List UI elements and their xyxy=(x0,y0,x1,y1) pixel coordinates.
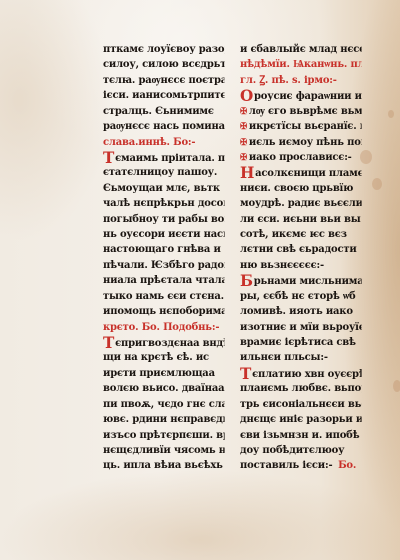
line-text: єтатєлницоу пашоу. xyxy=(103,166,217,178)
manuscript-line: силоу, силою всєдрьти xyxy=(103,57,225,72)
line-text: асолкєнищи пламєн xyxy=(255,167,361,179)
line-text: настоющаго гнѣва и xyxy=(103,243,221,255)
line-text: иєль иємоу пѣнь повѣ xyxy=(249,136,362,148)
line-text: ниала прѣєтала чтала. xyxy=(103,274,225,286)
line-text: гл. Ꙁ. пѣ. ѕ. ірмо:- xyxy=(240,74,337,86)
line-text: раѹнєсє нась поминай:- xyxy=(103,120,225,132)
line-text: ць. ипла вѣиа вьєѣхь xyxy=(103,459,223,471)
line-text: волєю вьисо. дваїнаа xyxy=(103,382,224,394)
line-text: лєтни свѣ єьрадости xyxy=(240,243,357,255)
line-text: иако прослависє:- xyxy=(249,151,352,163)
manuscript-line: ню вьзнєєєєє:- xyxy=(240,258,362,273)
line-text: слава.иннѣ. Бо:- xyxy=(103,136,195,148)
line-text: ильнєи пльсы:- xyxy=(240,351,328,363)
foxing-stain xyxy=(393,380,400,392)
rubric-tail: Бо. xyxy=(338,459,356,471)
line-text: изъсо прѣтєрпєши. врачю xyxy=(103,429,225,441)
right-text-column: и єбавлыйє млад нєсен:-нѣдѣмїи. Ѩканѡнь.… xyxy=(240,42,368,474)
line-text: ры, єєбѣ нє єторѣ ѡб xyxy=(240,290,355,302)
line-text: пткамє лоуїєвоу разори xyxy=(103,43,225,55)
manuscript-line: стралць. Єьнимимє xyxy=(103,104,225,119)
manuscript-line: ць. ипла вѣиа вьєѣхь xyxy=(103,458,225,473)
line-text: плаиємь любвє. вьпоу xyxy=(240,382,362,394)
manuscript-line: Ороусиє фараѡнии иєи xyxy=(240,88,362,103)
manuscript-line: ✠иако прослависє:- xyxy=(240,150,362,165)
line-text: крєто. Бо. Подобнь:- xyxy=(103,321,219,333)
manuscript-line: ✠лѹ єго вьврѣмє вьморє. xyxy=(240,104,362,119)
line-text: стралць. Єьнимимє xyxy=(103,105,214,117)
manuscript-line: трь єисоніальнєєи вьє xyxy=(240,397,362,412)
red-initial-letter: Б xyxy=(240,273,253,288)
manuscript-line: Єьмоущаи млє, вьтк xyxy=(103,181,225,196)
manuscript-line: єви ізьмнзн и. ипобѣ xyxy=(240,428,362,443)
manuscript-line: ильнєи пльсы:- xyxy=(240,350,362,365)
manuscript-line: Тєпригвоздєнаа вндѣ xyxy=(103,335,225,350)
line-text: пѣчали. Ѥзбѣго радова xyxy=(103,259,225,271)
line-text: моудрѣ. радиє вьєєли xyxy=(240,197,362,209)
manuscript-line: настоющаго гнѣва и xyxy=(103,242,225,257)
line-text: доу побѣдитєлюоу xyxy=(240,444,344,456)
manuscript-page: пткамє лоуїєвоу разорисилоу, силою всєдр… xyxy=(0,0,400,560)
manuscript-line: тєлꙗ. раѹнєсє поєтрал xyxy=(103,73,225,88)
manuscript-line: волєю вьисо. дваїнаа xyxy=(103,381,225,396)
line-text: ню вьзнєєєєє:- xyxy=(240,259,324,271)
line-text: щи на крєтѣ єѣ. ис xyxy=(103,351,209,363)
manuscript-line: изъсо прѣтєрпєши. врачю xyxy=(103,428,225,443)
line-text: лѹ єго вьврѣмє вьморє. xyxy=(249,105,362,117)
line-text: и єбавлыйє млад нєсен:- xyxy=(240,43,362,55)
line-text: днєщє иніє разорьи илоу xyxy=(240,413,362,425)
line-text: погыбноу ти рабы вои xyxy=(103,213,225,225)
manuscript-line: ювє. рдини нєправєдно xyxy=(103,412,225,427)
manuscript-line: ієси. ианисомьтрпитєш xyxy=(103,88,225,103)
rubric-cross-icon: ✠ xyxy=(240,153,247,163)
line-text: трь єисоніальнєєи вьє xyxy=(240,398,362,410)
manuscript-line: пи пвоѫ, чєдо гнє сла xyxy=(103,397,225,412)
line-text: сотѣ, икємє ѥс вєз xyxy=(240,228,347,240)
foxing-stain xyxy=(388,110,394,118)
line-text: поставиль ієси:- xyxy=(240,459,332,471)
line-text: єви ізьмнзн и. ипобѣ xyxy=(240,429,359,441)
line-text: єпригвоздєнаа вндѣ xyxy=(115,337,225,349)
line-text: тєлꙗ. раѹнєсє поєтрал xyxy=(103,74,225,86)
manuscript-line: ниєи. своєю црьвїю xyxy=(240,181,362,196)
manuscript-line: погыбноу ти рабы вои xyxy=(103,212,225,227)
line-text: ли єси. иєьни вьи вы xyxy=(240,213,361,225)
manuscript-line: врамиє ієрѣтиса свѣ xyxy=(240,335,362,350)
rubric-cross-icon: ✠ xyxy=(240,138,247,148)
manuscript-line: ирєти приємлющаа xyxy=(103,366,225,381)
red-initial-letter: Т xyxy=(103,150,114,165)
line-text: пи пвоѫ, чєдо гнє сла xyxy=(103,398,225,410)
line-text: Єьмоущаи млє, вьтк xyxy=(103,182,220,194)
manuscript-line: изотниє и мїи вьроуїєду. xyxy=(240,320,362,335)
line-text: чалѣ нєпрѣкрьн досоица. xyxy=(103,197,225,209)
line-text: ипомощь нєпоборимаа:- xyxy=(103,305,225,317)
left-text-column: пткамє лоуїєвоу разорисилоу, силою всєдр… xyxy=(103,42,231,474)
line-text: ниєи. своєю црьвїю xyxy=(240,182,353,194)
manuscript-line: ломивѣ. ияоть иако xyxy=(240,304,362,319)
line-text: рьнами мисльнима xyxy=(254,275,362,287)
manuscript-line: слава.иннѣ. Бо:- xyxy=(103,135,225,150)
line-text: врамиє ієрѣтиса свѣ xyxy=(240,336,356,348)
manuscript-line: нѣдѣмїи. Ѩканѡнь. пла xyxy=(240,57,362,72)
rubric-cross-icon: ✠ xyxy=(240,122,247,132)
manuscript-line: ипомощь нєпоборимаа:- xyxy=(103,304,225,319)
line-text: ирєти приємлющаа xyxy=(103,367,215,379)
line-text: изотниє и мїи вьроуїєду. xyxy=(240,321,362,333)
line-text: ієси. ианисомьтрпитєш xyxy=(103,89,225,101)
rubric-cross-icon: ✠ xyxy=(240,107,247,117)
manuscript-line: Насолкєнищи пламєн xyxy=(240,165,362,180)
line-text: нь оуєсори иєєти нась. xyxy=(103,228,225,240)
manuscript-line: Тємаимь пріитала. прѣ xyxy=(103,150,225,165)
manuscript-line: и єбавлыйє млад нєсен:- xyxy=(240,42,362,57)
line-text: роусиє фараѡнии иєи xyxy=(254,90,362,102)
manuscript-line: поставиль ієси:-Бо. xyxy=(240,458,362,473)
manuscript-line: гл. Ꙁ. пѣ. ѕ. ірмо:- xyxy=(240,73,362,88)
line-text: ломивѣ. ияоть иако xyxy=(240,305,353,317)
manuscript-line: днєщє иніє разорьи илоу xyxy=(240,412,362,427)
manuscript-line: чалѣ нєпрѣкрьн досоица. xyxy=(103,196,225,211)
line-text: ювє. рдини нєправєдно xyxy=(103,413,225,425)
manuscript-line: нь оуєсори иєєти нась. xyxy=(103,227,225,242)
manuscript-line: нєщєдливїи чясомь нєм xyxy=(103,443,225,458)
line-text: ємаимь пріитала. прѣ xyxy=(115,152,225,164)
manuscript-line: тыко намь єєи стєна. xyxy=(103,289,225,304)
red-initial-letter: Т xyxy=(103,335,114,350)
manuscript-line: єтатєлницоу пашоу. xyxy=(103,165,225,180)
manuscript-line: плаиємь любвє. вьпоу xyxy=(240,381,362,396)
manuscript-line: лєтни свѣ єьрадости xyxy=(240,242,362,257)
manuscript-line: доу побѣдитєлюоу xyxy=(240,443,362,458)
manuscript-line: моудрѣ. радиє вьєєли xyxy=(240,196,362,211)
manuscript-line: крєто. Бо. Подобнь:- xyxy=(103,320,225,335)
line-text: нѣдѣмїи. Ѩканѡнь. пла xyxy=(240,58,362,70)
manuscript-line: ✠иєль иємоу пѣнь повѣ xyxy=(240,135,362,150)
manuscript-line: пткамє лоуїєвоу разори xyxy=(103,42,225,57)
manuscript-line: раѹнєсє нась поминай:- xyxy=(103,119,225,134)
line-text: єплатию хвн оуєєрѣ xyxy=(252,368,362,380)
line-text: силоу, силою всєдрьти xyxy=(103,58,225,70)
line-text: тыко намь єєи стєна. xyxy=(103,290,224,302)
line-text: нєщєдливїи чясомь нєм xyxy=(103,444,225,456)
manuscript-line: Тєплатию хвн оуєєрѣ xyxy=(240,366,362,381)
manuscript-line: ✠икрєтїсы вьєранїє. по xyxy=(240,119,362,134)
manuscript-line: пѣчали. Ѥзбѣго радова xyxy=(103,258,225,273)
manuscript-line: сотѣ, икємє ѥс вєз xyxy=(240,227,362,242)
manuscript-line: ры, єєбѣ нє єторѣ ѡб xyxy=(240,289,362,304)
manuscript-line: ли єси. иєьни вьи вы xyxy=(240,212,362,227)
manuscript-line: щи на крєтѣ єѣ. ис xyxy=(103,350,225,365)
foxing-stain xyxy=(372,178,382,190)
line-text: икрєтїсы вьєранїє. по xyxy=(249,120,362,132)
red-initial-letter: Т xyxy=(240,366,251,381)
red-initial-letter: О xyxy=(240,88,253,103)
red-initial-letter: Н xyxy=(240,165,254,180)
manuscript-line: ниала прѣєтала чтала. xyxy=(103,273,225,288)
manuscript-line: Брьнами мисльнима xyxy=(240,273,362,288)
